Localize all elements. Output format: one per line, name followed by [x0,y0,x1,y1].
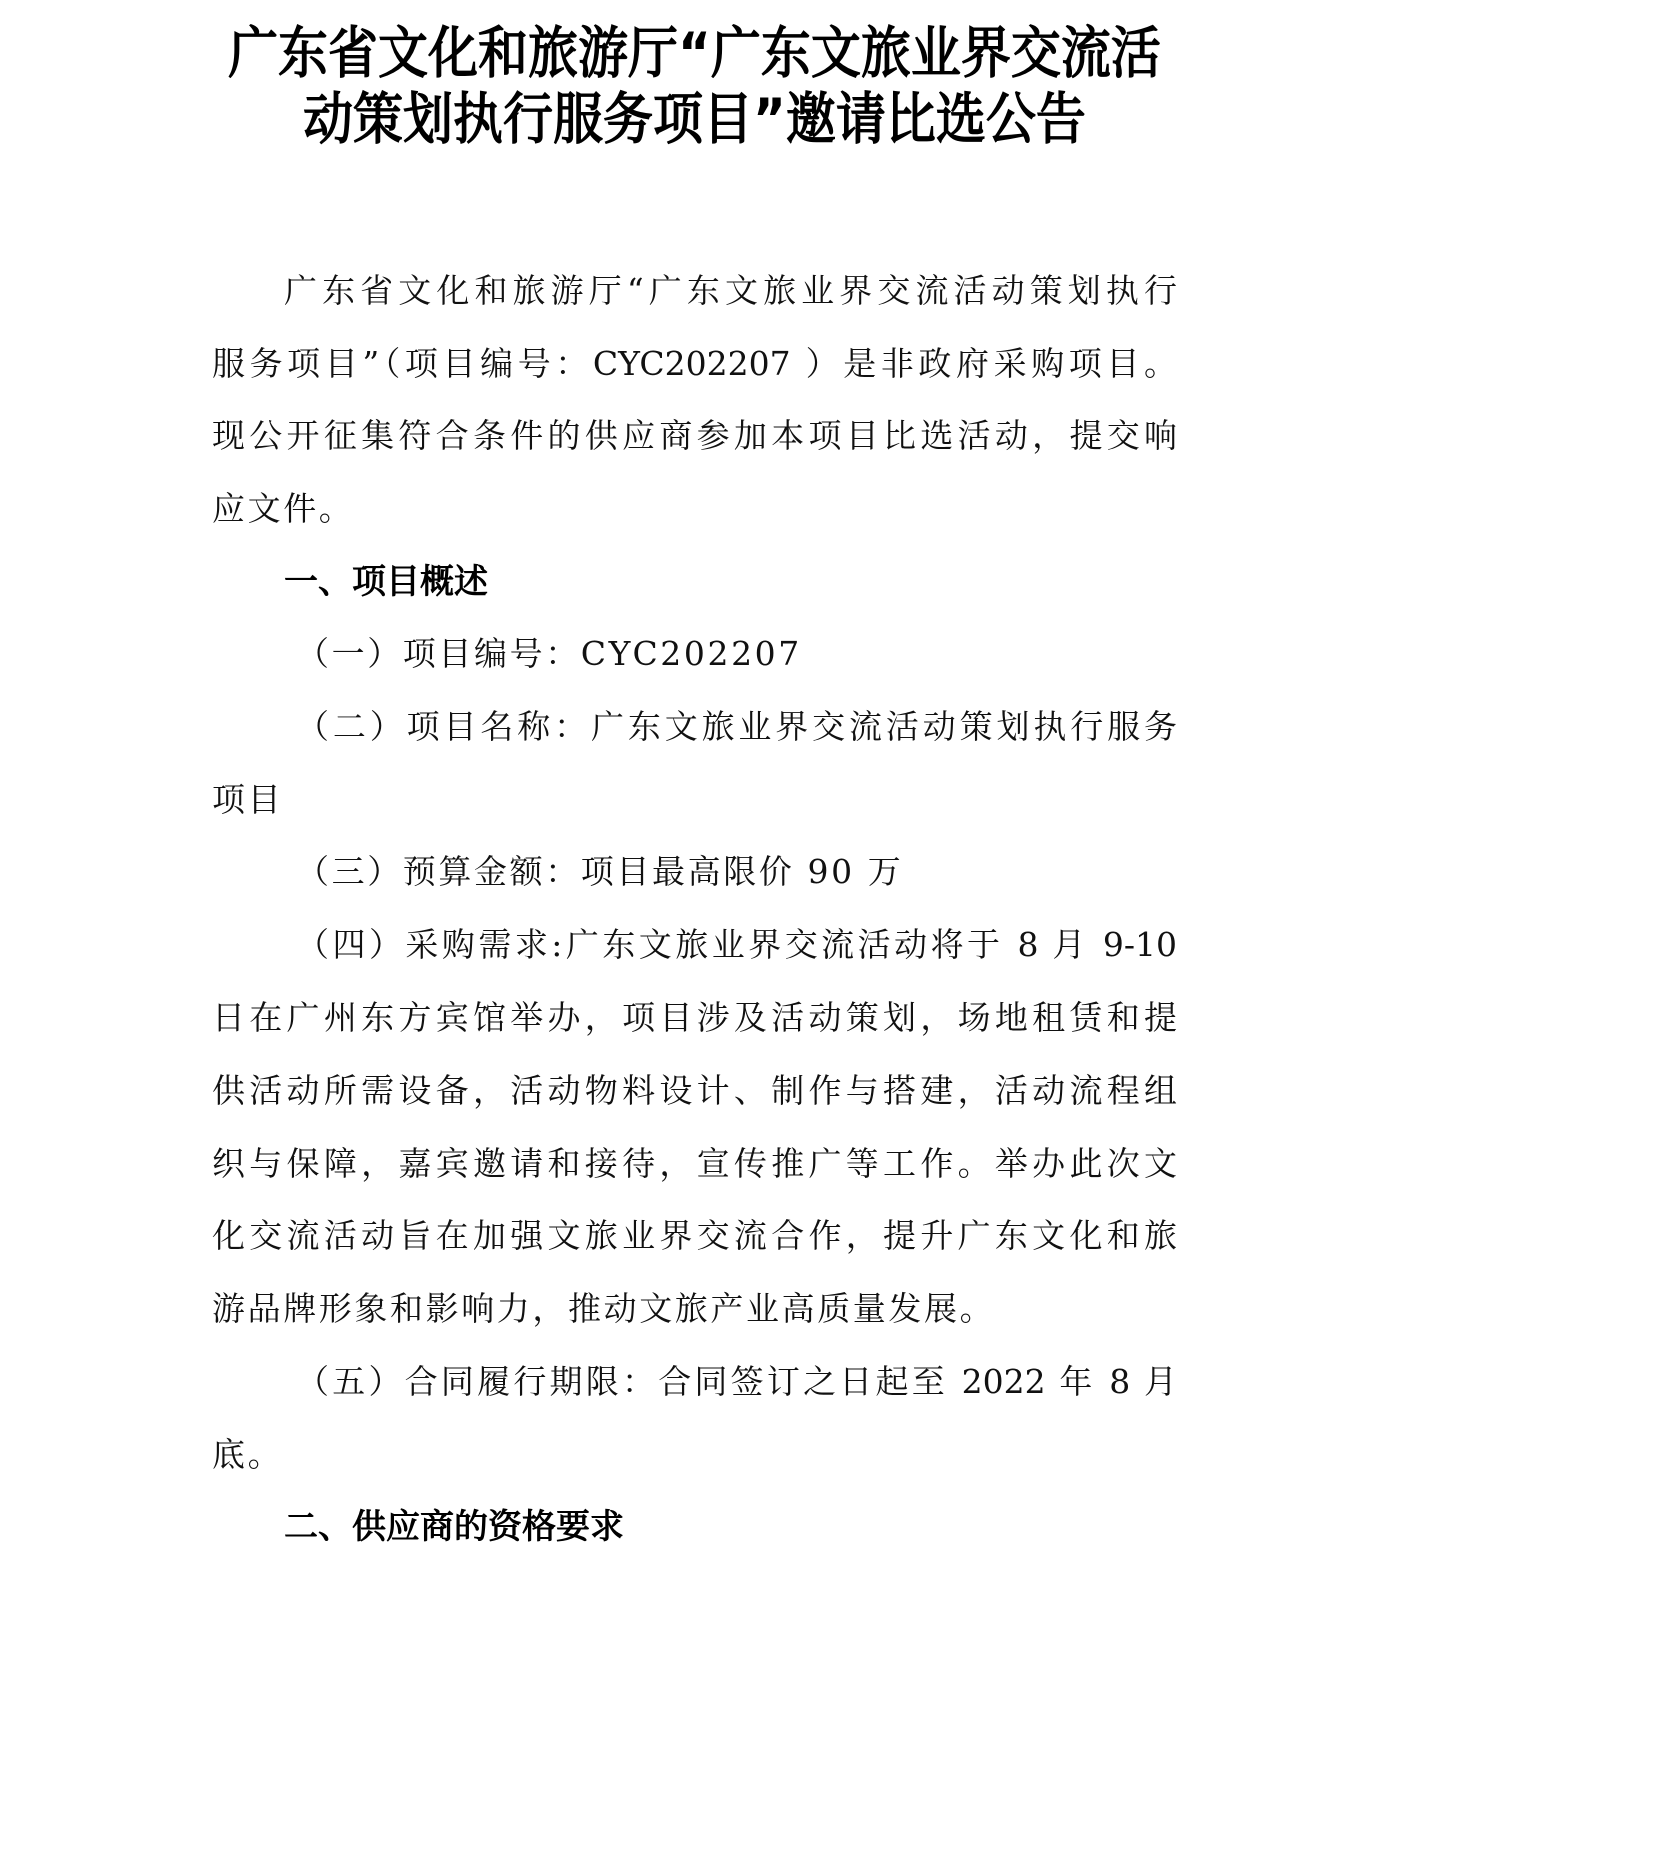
section-heading-supplier-qualifications: 二、供应商的资格要求 [284,1507,624,1547]
item-project-number: （一）项目编号：CYC202207 [296,634,802,674]
item-requirements-line-4: 织与保障，嘉宾邀请和接待，宣传推广等工作。举办此次文 [212,1144,1177,1184]
intro-paragraph-line-1: 广东省文化和旅游厅“广东文旅业界交流活动策划执行 [284,271,1177,311]
item-requirements-line-5: 化交流活动旨在加强文旅业界交流合作，提升广东文化和旅 [212,1216,1177,1256]
intro-paragraph-line-2: 服务项目”（项目编号：CYC202207 ）是非政府采购项目。 [212,344,1177,384]
section-heading-project-overview: 一、项目概述 [284,562,488,602]
document-page: 广东省文化和旅游厅“广东文旅业界交流活 动策划执行服务项目”邀请比选公告 广东省… [0,0,1654,1867]
item-requirements-line-2: 日在广州东方宾馆举办，项目涉及活动策划，场地租赁和提 [212,998,1177,1038]
item-requirements-line-3: 供活动所需设备，活动物料设计、制作与搭建，活动流程组 [212,1071,1177,1111]
item-requirements-line-1: （四）采购需求:广东文旅业界交流活动将于 8 月 9-10 [296,925,1177,965]
item-requirements-line-6: 游品牌形象和影响力，推动文旅产业高质量发展。 [212,1289,995,1329]
item-contract-period-line-2: 底。 [212,1435,283,1475]
item-project-name-line-1: （二）项目名称：广东文旅业界交流活动策划执行服务 [296,707,1177,747]
intro-paragraph-line-3: 现公开征集符合条件的供应商参加本项目比选活动，提交响 [212,416,1177,456]
item-budget: （三）预算金额：项目最高限价 90 万 [296,852,903,892]
document-title-line-1: 广东省文化和旅游厅“广东文旅业界交流活 [212,22,1177,85]
item-project-name-line-2: 项目 [212,780,283,820]
item-contract-period-line-1: （五）合同履行期限：合同签订之日起至 2022 年 8 月 [296,1362,1177,1402]
intro-paragraph-line-4: 应文件。 [212,489,354,529]
document-title-line-2: 动策划执行服务项目”邀请比选公告 [212,88,1177,151]
